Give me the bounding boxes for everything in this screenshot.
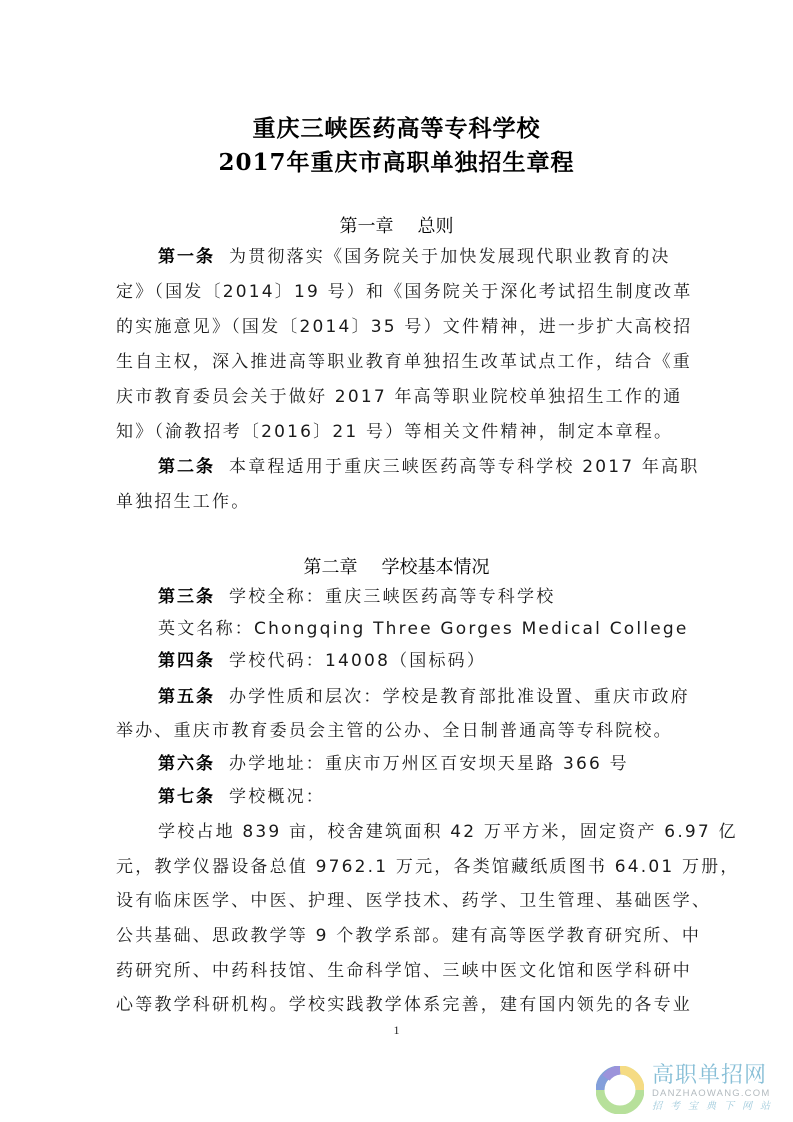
article-label: 第四条 xyxy=(158,651,215,671)
article-3-line-1: 第三条学校全称：重庆三峡医药高等专科学校 xyxy=(158,586,718,608)
article-5-line-1: 第五条办学性质和层次：学校是教育部批准设置、重庆市政府 xyxy=(158,686,718,708)
page-number: 1 xyxy=(0,1023,793,1038)
article-7-line-4: 设有临床医学、中医、护理、医学技术、药学、卫生管理、基础医学、 xyxy=(116,890,676,912)
chapter-number: 第一章 xyxy=(340,216,394,237)
article-1-line-1: 第一条为贯彻落实《国务院关于加快发展现代职业教育的决 xyxy=(158,246,718,268)
article-7-line-6: 药研究所、中药科技馆、生命科学馆、三峡中医文化馆和医学科研中 xyxy=(116,960,676,982)
chapter-heading-2: 第二章学校基本情况 xyxy=(0,553,793,579)
article-4-line-1: 第四条学校代码：14008（国标码） xyxy=(158,650,718,672)
article-1-line-6: 知》（渝教招考〔2016〕21 号）等相关文件精神，制定本章程。 xyxy=(116,421,676,443)
chapter-name: 学校基本情况 xyxy=(382,557,490,578)
article-label: 第六条 xyxy=(158,754,215,774)
article-label: 第二条 xyxy=(158,457,215,477)
watermark: 高职单招网 DANZHAOWANG.COM 招考宝典下网站 xyxy=(596,1064,791,1120)
article-3-english-name: 英文名称：Chongqing Three Gorges Medical Coll… xyxy=(158,618,718,640)
article-1-line-2: 定》（国发〔2014〕19 号）和《国务院关于深化考试招生制度改革 xyxy=(116,281,676,303)
article-label: 第三条 xyxy=(158,587,215,607)
document-title-main: 2017年重庆市高职单独招生章程 xyxy=(0,144,793,177)
article-label: 第五条 xyxy=(158,687,215,707)
article-1-line-3: 的实施意见》（国发〔2014〕35 号）文件精神，进一步扩大高校招 xyxy=(116,316,676,338)
watermark-site-name: 高职单招网 xyxy=(652,1064,778,1088)
article-label: 第一条 xyxy=(158,247,215,267)
chapter-number: 第二章 xyxy=(304,557,358,578)
article-6-line-1: 第六条办学地址：重庆市万州区百安坝天星路 366 号 xyxy=(158,753,718,775)
document-title-school: 重庆三峡医药高等专科学校 xyxy=(0,110,793,143)
article-2-line-1: 第二条本章程适用于重庆三峡医药高等专科学校 2017 年高职 xyxy=(158,456,718,478)
danzhaowang-logo-icon xyxy=(596,1066,644,1114)
article-label: 第七条 xyxy=(158,787,215,807)
watermark-slogan: 招考宝典下网站 xyxy=(652,1100,778,1114)
article-7-line-3: 元，教学仪器设备总值 9762.1 万元，各类馆藏纸质图书 64.01 万册， xyxy=(116,856,676,878)
article-2-line-2: 单独招生工作。 xyxy=(116,491,676,513)
watermark-domain: DANZHAOWANG.COM xyxy=(652,1088,778,1100)
article-7-line-2: 学校占地 839 亩，校舍建筑面积 42 万平方米，固定资产 6.97 亿 xyxy=(158,821,718,843)
article-7-line-5: 公共基础、思政教学等 9 个教学系部。建有高等医学教育研究所、中 xyxy=(116,925,676,947)
article-1-line-4: 生自主权，深入推进高等职业教育单独招生改革试点工作，结合《重 xyxy=(116,351,676,373)
chapter-heading-1: 第一章总则 xyxy=(0,212,793,238)
article-7-line-7: 心等教学科研机构。学校实践教学体系完善，建有国内领先的各专业 xyxy=(116,994,676,1016)
chapter-name: 总则 xyxy=(418,216,454,237)
article-1-line-5: 庆市教育委员会关于做好 2017 年高等职业院校单独招生工作的通 xyxy=(116,386,676,408)
document-page: 重庆三峡医药高等专科学校 2017年重庆市高职单独招生章程 第一章总则 第一条为… xyxy=(0,0,793,1122)
article-7-line-1: 第七条学校概况： xyxy=(158,786,718,808)
article-5-line-2: 举办、重庆市教育委员会主管的公办、全日制普通高等专科院校。 xyxy=(116,720,676,742)
